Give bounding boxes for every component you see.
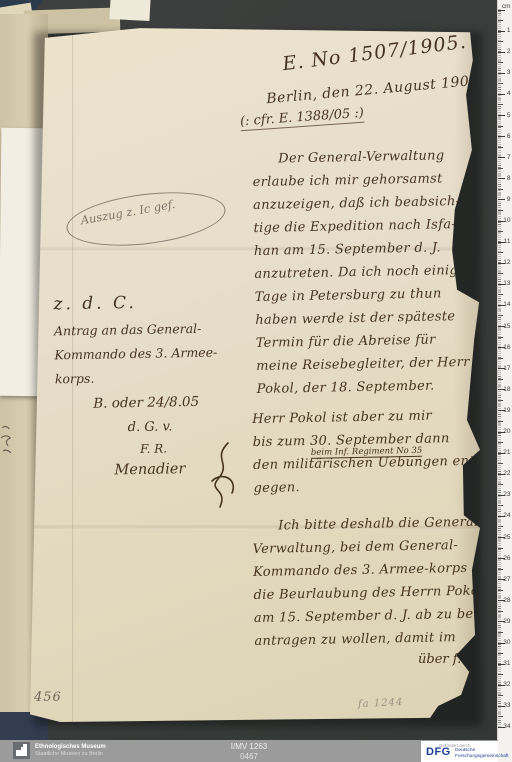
body-line: Pokol, der 18. September.	[256, 374, 470, 401]
ruler-number: 13	[503, 280, 510, 288]
body-line: gegen.	[253, 473, 480, 500]
dfg-logo: Gefördert durch DFG Deutsche Forschungsg…	[421, 741, 498, 762]
ruler-half-tick	[498, 611, 503, 612]
ruler-number: 27	[503, 576, 510, 584]
disposal-line: Kommando des 3. Armee-	[54, 341, 217, 368]
ruler-number: 21	[503, 449, 510, 457]
ruler-number: 15	[503, 323, 510, 331]
ruler-number: 24	[503, 512, 510, 520]
ruler-number: 18	[503, 386, 510, 394]
ruler-half-tick	[498, 231, 503, 232]
ruler-number: 25	[503, 534, 510, 542]
ruler-number: 29	[503, 618, 510, 626]
ruler-half-tick	[498, 421, 503, 422]
ruler-half-tick	[498, 20, 503, 21]
ruler-number: 16	[503, 344, 510, 352]
ruler-number: 30	[503, 639, 510, 647]
letter-page: E. No 1507/1905. Berlin, den 22. August …	[30, 26, 480, 722]
pencil-margin-note: Auszug z. Ic gef.	[80, 197, 177, 227]
ruler-half-tick	[498, 210, 503, 211]
ruler-half-tick	[498, 168, 503, 169]
reference-note: (: cfr. E. 1388/05 :)	[240, 106, 365, 132]
trailing-word: über f.	[418, 652, 461, 667]
ruler-number: 34	[503, 723, 510, 731]
interline-insertion: beim Inf. Regiment No 35	[311, 447, 423, 459]
ruler-half-tick	[498, 41, 503, 42]
ruler-half-tick	[498, 62, 503, 63]
archive-scan-viewer: E. No 1507/1905. Berlin, den 22. August …	[0, 0, 512, 762]
ruler-half-tick	[498, 252, 503, 253]
ruler-cm-tick	[498, 94, 505, 95]
body-line: haben werde ist der späteste	[255, 305, 469, 332]
ruler-number: 26	[503, 555, 510, 563]
ruler-number: 22	[503, 470, 510, 478]
ruler-half-tick	[498, 379, 503, 380]
ruler-number: 17	[503, 365, 510, 373]
ruler-cm-tick	[498, 73, 505, 74]
body-line: antragen zu wollen, damit im	[254, 626, 485, 653]
disposal-line: d. G. v.	[128, 415, 219, 441]
ruler-number: 11	[504, 238, 511, 246]
ruler-half-tick	[498, 337, 503, 338]
ruler-half-tick	[498, 442, 503, 443]
dfg-abbr: DFG	[426, 746, 451, 758]
pencil-inventory-number: fa 1244	[358, 697, 404, 710]
ruler-number: 1	[507, 27, 511, 35]
disposal-line: Antrag an das General-	[54, 317, 217, 344]
ruler-cm-tick	[498, 115, 505, 116]
edge-handwriting-fragment	[0, 424, 14, 458]
ruler-number: 19	[503, 407, 510, 415]
ruler-cm-tick	[498, 178, 505, 179]
ruler-half-tick	[498, 590, 503, 591]
ruler-half-tick	[498, 632, 503, 633]
ruler-half-tick	[498, 716, 503, 717]
ruler-number: 12	[503, 259, 510, 267]
ruler-half-tick	[498, 104, 503, 105]
ruler-half-tick	[498, 674, 503, 675]
body-paragraph-2: beim Inf. Regiment No 35 Herr Pokol ist …	[252, 404, 480, 500]
ruler-number: 32	[503, 681, 510, 689]
disposal-line: korps.	[55, 365, 218, 392]
ruler-number: 4	[507, 90, 511, 98]
paraph-flourish	[198, 441, 244, 511]
ruler-half-tick	[498, 126, 503, 127]
pencil-page-number: 456	[34, 690, 62, 705]
body-paragraph-3: Ich bitte deshalb die General-Verwaltung…	[252, 511, 486, 653]
dfg-name-line2: Forschungsgemeinschaft	[455, 754, 509, 760]
body-paragraph-1: Der General-Verwaltungerlaube ich mir ge…	[252, 144, 470, 401]
ruler-cm-tick	[498, 52, 505, 53]
ruler-half-tick	[498, 463, 503, 464]
ruler-number: 6	[507, 133, 511, 141]
dateline: Berlin, den 22. August 1905	[266, 73, 480, 108]
disposal-line: B. oder 24/8.05	[93, 389, 218, 417]
ruler-half-tick	[498, 83, 503, 84]
ruler-cm-tick	[498, 199, 505, 200]
ruler-half-tick	[498, 189, 503, 190]
body-line: meine Reisebegleiter, der Herr	[256, 351, 470, 378]
ruler: cm 1234567891011121314151617181920212223…	[497, 0, 512, 762]
ruler-number: 20	[503, 428, 510, 436]
dfg-name: Deutsche Forschungsgemeinschaft	[455, 748, 509, 759]
ruler-cm-tick	[498, 10, 505, 11]
pencil-circle: Auszug z. Ic gef.	[64, 184, 229, 253]
ruler-number: 9	[507, 196, 511, 204]
ruler-half-tick	[498, 147, 503, 148]
ruler-cm-tick	[498, 136, 505, 137]
ruler-number: 5	[507, 112, 511, 120]
ruler-half-tick	[498, 358, 503, 359]
ruler-half-tick	[498, 505, 503, 506]
ruler-half-tick	[498, 695, 503, 696]
ruler-number: 33	[503, 702, 510, 710]
ruler-number: 28	[503, 597, 510, 605]
ruler-number: 8	[507, 175, 511, 183]
ruler-number: 2	[507, 48, 511, 56]
ruler-half-tick	[498, 294, 503, 295]
ruler-number: 10	[503, 217, 510, 225]
ruler-half-tick	[498, 273, 503, 274]
disposal-line: z. d. C.	[53, 287, 216, 320]
ruler-half-tick	[498, 526, 503, 527]
ruler-number: 14	[503, 301, 510, 309]
ruler-cm-tick	[498, 157, 505, 158]
ruler-half-tick	[498, 653, 503, 654]
ruler-number: 3	[507, 69, 511, 77]
ruler-half-tick	[498, 548, 503, 549]
ruler-number: 7	[507, 154, 511, 162]
ruler-half-tick	[498, 569, 503, 570]
footer-bar: Ethnologisches Museum Staatliche Museen …	[0, 740, 498, 762]
ruler-number: 31	[503, 660, 510, 668]
ruler-half-tick	[498, 484, 503, 485]
ruler-number: 23	[503, 491, 510, 499]
paper-stack-corner	[109, 0, 150, 21]
ruler-half-tick	[498, 400, 503, 401]
file-number: E. No 1507/1905.	[281, 31, 468, 75]
ruler-half-tick	[498, 315, 503, 316]
ruler-cm-tick	[498, 31, 505, 32]
disposal-block: z. d. C.Antrag an das General-Kommando d…	[53, 287, 219, 484]
